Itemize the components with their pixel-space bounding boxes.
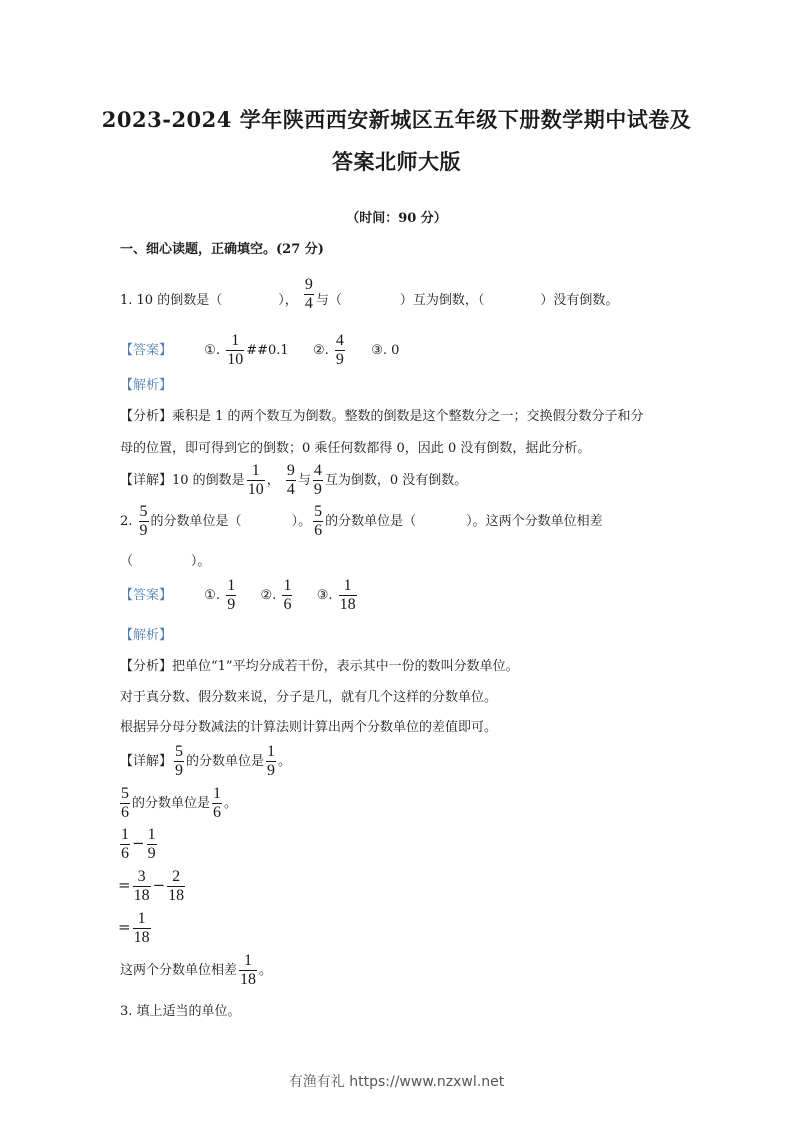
- fraction: 16: [282, 577, 292, 614]
- q2-analysis-line2: 对于真分数、假分数来说，分子是几，就有几个这样的分数单位。: [120, 686, 497, 705]
- footer-watermark: 有渔有礼 https://www.nzxwl.net: [0, 1071, 793, 1091]
- section-heading: 一、细心读题，正确填空。(27 分): [120, 238, 324, 257]
- q2-text: 的分数单位是（: [325, 514, 416, 529]
- q2-number: 2.: [120, 514, 132, 529]
- q2-analysis-line1: 【分析】把单位“1”平均分成若干份，表示其中一份的数叫分数单位。: [120, 655, 519, 674]
- q2-detail-line6: 这两个分数单位相差118。: [120, 952, 272, 989]
- fraction: 19: [266, 743, 276, 780]
- answer-label: ②.: [261, 588, 277, 603]
- q1-text-prefix: 1. 10 的倒数是（: [120, 291, 222, 313]
- fraction: 49: [313, 462, 323, 499]
- fraction: 49: [335, 332, 345, 369]
- answer-label: ①.: [204, 588, 220, 603]
- equals-operator: =: [118, 876, 131, 894]
- minus-operator: −: [153, 876, 166, 894]
- fraction: 110: [247, 462, 265, 499]
- answer-label: ③.: [317, 588, 333, 603]
- answer-label: ②.: [313, 343, 329, 358]
- fraction: 56: [120, 785, 130, 822]
- fraction: 110: [226, 332, 244, 369]
- q1-text-mid3: ）互为倒数，（: [400, 291, 485, 313]
- q2-detail-line5: =118: [118, 910, 153, 947]
- fraction: 59: [139, 503, 149, 540]
- time-note: （时间：90 分）: [0, 207, 793, 226]
- fraction: 19: [226, 577, 236, 614]
- answer-tag: 【答案】: [120, 343, 172, 358]
- analysis-tag: 【解析】: [120, 624, 172, 643]
- q2-detail-line1: 【详解】59的分数单位是19。: [120, 743, 291, 780]
- equals-operator: =: [118, 918, 131, 936]
- fraction: 218: [167, 868, 185, 905]
- q2-analysis-line3: 根据异分母分数减法的计算法则计算出两个分数单位的差值即可。: [120, 716, 497, 735]
- fraction: 59: [174, 743, 184, 780]
- answer-value: 0: [391, 343, 399, 358]
- detail-end: 。: [259, 963, 272, 978]
- answer-label: ③.: [371, 343, 387, 358]
- fraction: 19: [147, 826, 157, 863]
- q1-text-mid2: 与（: [316, 291, 342, 313]
- answer-tag: 【答案】: [120, 588, 172, 603]
- q1-answer-row: 【答案】 ①. 110##0.1 ②. 49 ③. 0: [120, 332, 399, 369]
- detail-text: 的分数单位是: [186, 754, 264, 769]
- question-1: 1. 10 的倒数是（）， 94与（）互为倒数，（）没有倒数。: [120, 276, 618, 313]
- fraction: 16: [212, 785, 222, 822]
- detail-end: 。: [278, 754, 291, 769]
- document-title-line1: 2023-2024 学年陕西西安新城区五年级下册数学期中试卷及: [0, 104, 793, 134]
- fraction: 318: [133, 868, 151, 905]
- detail-prefix: 【详解】: [120, 754, 172, 769]
- q2-detail-line3: 16−19: [118, 826, 159, 863]
- q2-text: ）。这两个分数单位相差: [466, 514, 603, 529]
- answer-extra: ##0.1: [246, 343, 288, 358]
- fraction: 16: [120, 826, 130, 863]
- fraction: 56: [313, 503, 323, 540]
- q1-analysis-line2: 母的位置，即可得到它的倒数；0 乘任何数都得 0，因此 0 没有倒数，据此分析。: [120, 437, 590, 456]
- detail-sep: ，: [267, 473, 280, 488]
- answer-label: ①.: [204, 343, 220, 358]
- q2-answer-row: 【答案】 ①. 19 ②. 16 ③. 118: [120, 577, 359, 614]
- q1-detail: 【详解】10 的倒数是110， 94与49互为倒数，0 没有倒数。: [120, 462, 467, 499]
- q2-detail-line2: 56的分数单位是16。: [118, 785, 237, 822]
- question-3: 3. 填上适当的单位。: [120, 1000, 241, 1019]
- q1-text-mid1: ），: [278, 291, 298, 313]
- detail-text: 这两个分数单位相差: [120, 963, 237, 978]
- q2-text: ）。: [292, 514, 312, 529]
- detail-prefix: 【详解】10 的倒数是: [120, 473, 245, 488]
- q2-line2: （ ）。: [120, 550, 210, 569]
- minus-operator: −: [132, 834, 145, 852]
- q1-text-end: ）没有倒数。: [540, 291, 618, 313]
- fraction: 118: [133, 910, 151, 947]
- detail-with: 与: [298, 473, 311, 488]
- document-title-line2: 答案北师大版: [0, 146, 793, 176]
- analysis-tag: 【解析】: [120, 374, 172, 393]
- detail-end: 互为倒数，0 没有倒数。: [325, 473, 467, 488]
- q2-detail-line4: =318−218: [118, 868, 187, 905]
- fraction: 94: [286, 462, 296, 499]
- fraction: 118: [239, 952, 257, 989]
- detail-text: 的分数单位是: [132, 796, 210, 811]
- q2-text: 的分数单位是（: [151, 514, 242, 529]
- q1-analysis-line1: 【分析】乘积是 1 的两个数互为倒数。整数的倒数是这个整数分之一；交换假分数分子…: [120, 405, 644, 424]
- fraction: 94: [304, 276, 314, 313]
- question-2: 2. 59的分数单位是（）。56的分数单位是（）。这两个分数单位相差: [120, 503, 603, 540]
- detail-end: 。: [224, 796, 237, 811]
- fraction: 118: [339, 577, 357, 614]
